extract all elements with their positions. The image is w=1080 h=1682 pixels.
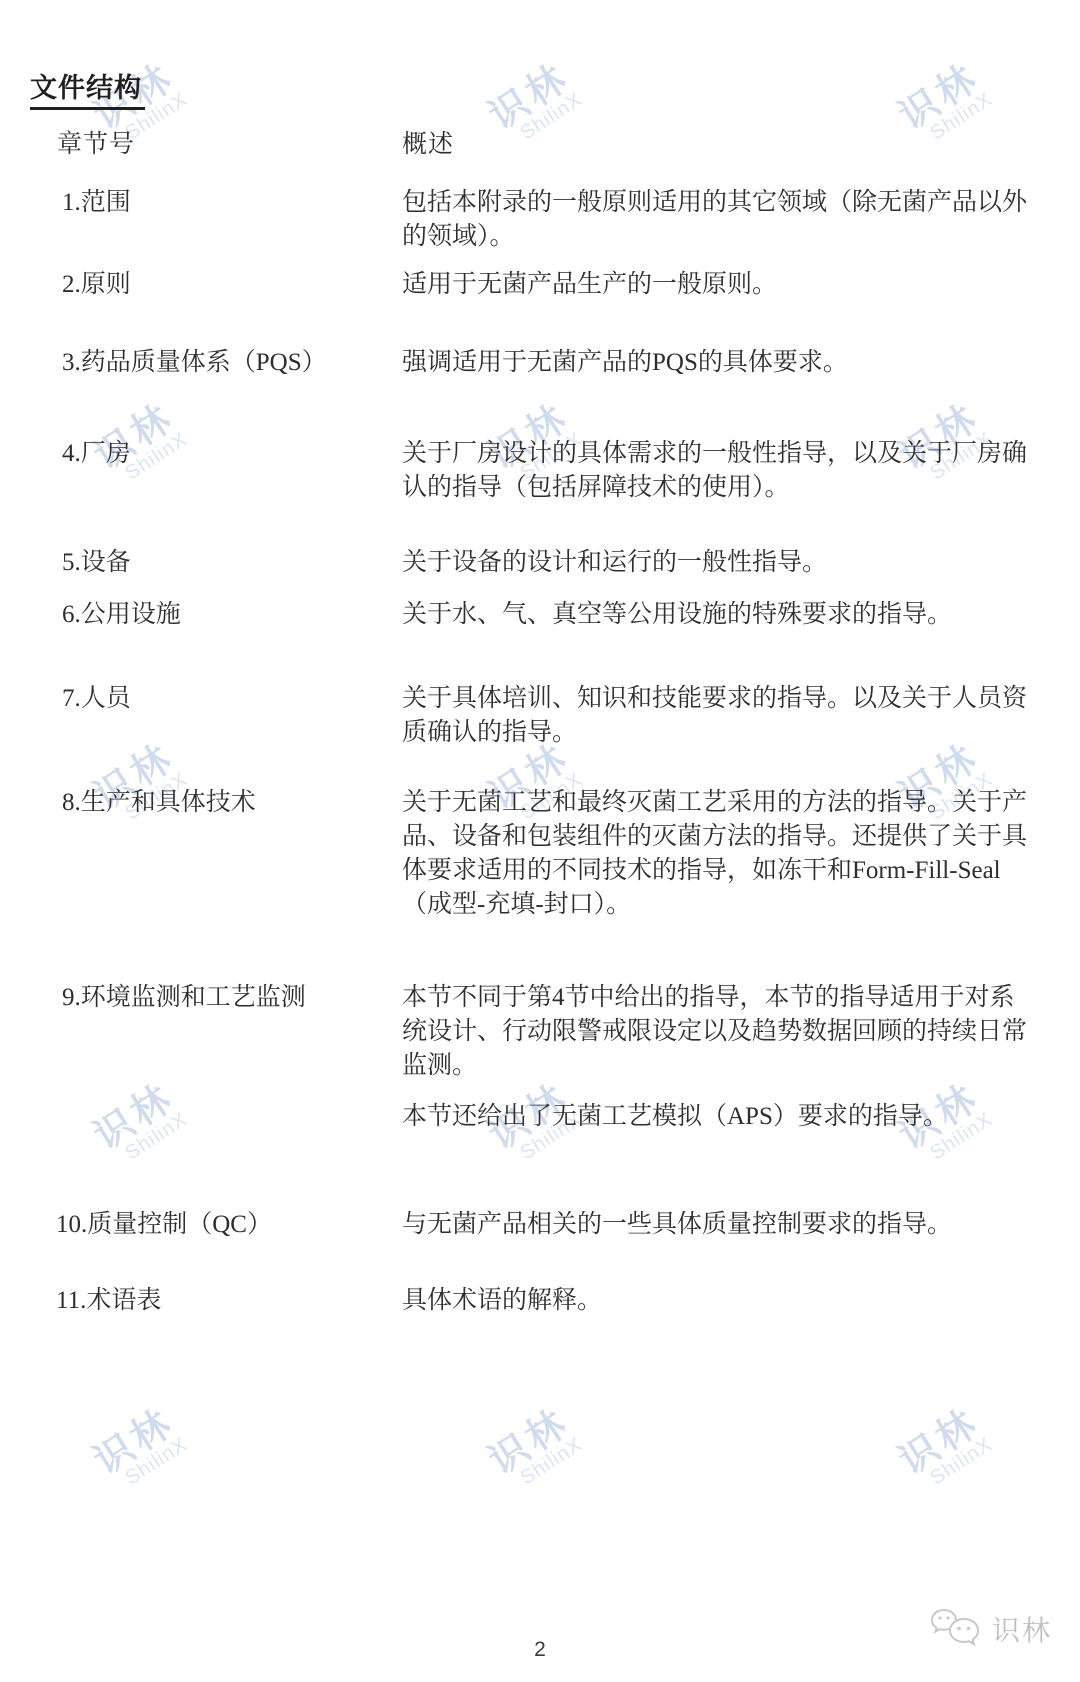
page-title: 文件结构 [30,66,145,110]
chapter-overview: 适用于无菌产品生产的一般原则。 [402,268,1062,302]
chapter-overview-second-paragraph: 本节还给出了无菌工艺模拟（APS）要求的指导。 [402,1100,1062,1134]
chapter-number: 10.质量控制（QC） [56,1208,272,1242]
chapter-overview: 与无菌产品相关的一些具体质量控制要求的指导。 [402,1208,1062,1242]
chapter-overview: 强调适用于无菌产品的PQS的具体要求。 [402,346,1062,380]
chapter-number: 11.术语表 [56,1284,161,1318]
chapter-number: 3.药品质量体系（PQS） [62,346,327,380]
page-number: 2 [0,1638,1080,1662]
column-header-chapter: 章节号 [57,124,135,160]
brand-footer: 识林 [930,1604,1052,1654]
chapter-overview: 关于无菌工艺和最终灭菌工艺采用的方法的指导。关于产 品、设备和包装组件的灭菌方法… [402,786,1062,922]
chapter-number: 9.环境监测和工艺监测 [62,981,306,1015]
chapter-overview: 具体术语的解释。 [402,1284,1062,1318]
wechat-bubbles-icon [930,1607,984,1651]
document-page: 识林ShilinX识林ShilinX识林ShilinX识林ShilinX识林Sh… [0,0,1080,1682]
chapter-number: 4.厂房 [62,437,131,471]
brand-name: 识林 [992,1609,1052,1649]
chapter-overview: 包括本附录的一般原则适用的其它领域（除无菌产品以外 的领域）。 [402,186,1062,254]
chapter-overview: 关于具体培训、知识和技能要求的指导。以及关于人员资 质确认的指导。 [402,682,1062,750]
chapter-overview: 关于厂房设计的具体需求的一般性指导，以及关于厂房确 认的指导（包括屏障技术的使用… [402,437,1062,505]
chapter-number: 6.公用设施 [62,598,181,632]
document-content: 文件结构 章节号 概述 1.范围 包括本附录的一般原则适用的其它领域（除无菌产品… [0,0,1080,1682]
chapter-overview: 关于设备的设计和运行的一般性指导。 [402,546,1062,580]
chapter-overview: 关于水、气、真空等公用设施的特殊要求的指导。 [402,598,1062,632]
column-header-overview: 概述 [402,124,454,160]
chapter-number: 5.设备 [62,546,131,580]
chapter-number: 2.原则 [62,268,131,302]
chapter-number: 1.范围 [62,186,131,220]
chapter-overview: 本节不同于第4节中给出的指导，本节的指导适用于对系 统设计、行动限警戒限设定以及… [402,981,1062,1083]
chapter-number: 8.生产和具体技术 [62,786,256,820]
chapter-number: 7.人员 [62,682,131,716]
